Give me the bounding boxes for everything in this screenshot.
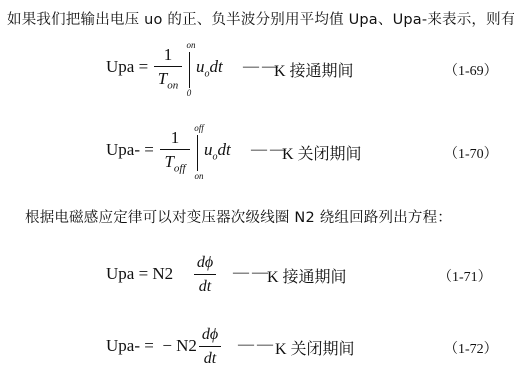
eq71-number: （1-71）: [438, 266, 492, 286]
eq70-denominator-base: T: [164, 152, 173, 171]
eq70-denominator: Toff: [160, 151, 190, 179]
eq69-fraction: 1 Ton: [154, 45, 182, 96]
eq71-numerator: dϕ: [194, 253, 216, 273]
integral-stem: [197, 135, 198, 171]
eq70-description: K 关闭期间: [282, 141, 362, 164]
eq70-differential: dt: [218, 140, 231, 159]
eq70-lower-limit: on: [189, 171, 209, 181]
eq69-differential: dt: [210, 57, 223, 76]
fraction-bar: [194, 274, 216, 275]
eq70-integrand-base: u: [204, 140, 213, 159]
eq70-fraction: 1 Toff: [160, 128, 190, 179]
eq69-integrand-base: u: [196, 57, 205, 76]
eq71-denominator: dt: [194, 276, 216, 298]
eq72-denominator: dt: [199, 348, 221, 369]
fraction-bar: [154, 66, 182, 67]
eq72-description: K 关闭期间: [275, 336, 355, 359]
eq70-upper-limit: off: [189, 123, 209, 133]
eq72-dash: ——: [238, 336, 276, 354]
law-paragraph: 根据电磁感应定律可以对变压器次级线圈 N2 绕组回路列出方程：: [25, 206, 452, 227]
fraction-bar: [160, 149, 190, 150]
eq69-upper-limit: on: [181, 40, 201, 50]
fraction-bar: [199, 346, 221, 347]
eq69-denominator-base: T: [158, 69, 167, 88]
eq70-denominator-sub: off: [174, 162, 186, 174]
integral-sign-icon: on 0: [183, 42, 197, 102]
eq69-number: （1-69）: [444, 60, 498, 80]
eq71-dash: ——: [233, 264, 271, 282]
eq69-lhs: Upa =: [106, 57, 148, 77]
eq72-lhs: Upa- = − N2: [106, 336, 197, 356]
eq70-lhs: Upa- =: [106, 140, 154, 160]
eq69-numerator: 1: [154, 45, 182, 65]
intro-paragraph: 如果我们把输出电压 uo 的正、负半波分别用平均值 Upa、Upa-来表示，则有…: [7, 8, 514, 29]
eq72-fraction: dϕ dt: [199, 325, 221, 369]
eq71-fraction: dϕ dt: [194, 253, 216, 298]
eq71-lhs: Upa = N2: [106, 264, 173, 284]
eq69-description: K 接通期间: [274, 58, 354, 81]
eq72-numerator: dϕ: [199, 325, 221, 345]
eq69-lower-limit: 0: [179, 88, 199, 98]
integral-stem: [189, 52, 190, 88]
integral-sign-icon: off on: [191, 125, 205, 185]
eq69-denominator: Ton: [154, 68, 182, 96]
eq70-numerator: 1: [160, 128, 190, 148]
eq72-number: （1-72）: [444, 338, 498, 358]
eq69-integrand: uodt: [196, 57, 223, 79]
eq70-integrand: uodt: [204, 140, 231, 162]
eq71-description: K 接通期间: [267, 264, 347, 287]
eq70-number: （1-70）: [444, 143, 498, 163]
eq69-denominator-sub: on: [167, 79, 178, 91]
